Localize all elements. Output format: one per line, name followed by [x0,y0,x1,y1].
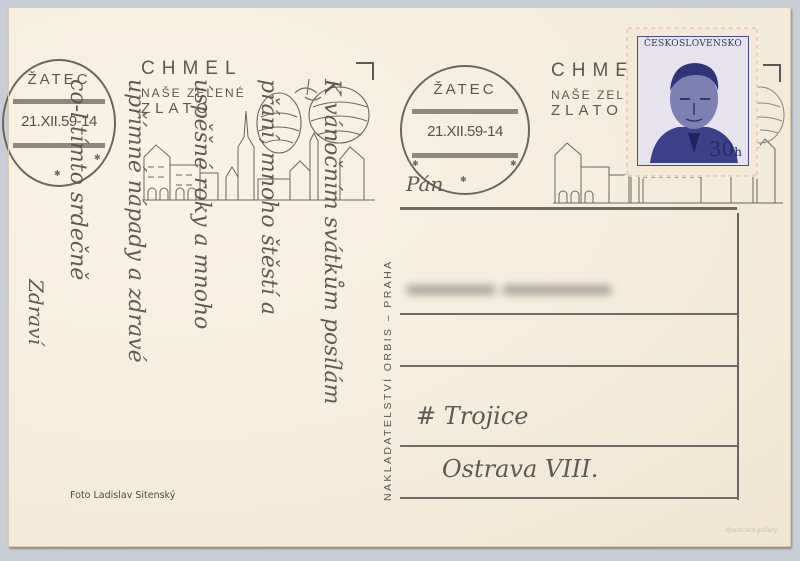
address-line [400,313,737,315]
address-street: # Trojice [416,402,528,430]
address-line [400,207,737,210]
postmark-town: ŽATEC [402,81,528,98]
message-line: úspěšné roky a mnoho [189,79,214,329]
message-line: co-l tímto srdečně [65,79,90,280]
address-name-redacted [406,271,636,311]
postmark-bar [412,153,518,158]
postmark-bar [412,109,518,114]
postmark-bar [13,143,105,148]
signature: Zdraví [24,279,48,345]
postage-stamp: ČESKOSLOVENSKO 30h [628,29,756,175]
postcard: ŽATEC 21.XII.59-14 ✱ ✱ CHMEL NAŠE ZELENÉ… [8,7,791,547]
publisher-imprint: NAKLADATELSTVÍ ORBIS – PRAHA [382,260,394,501]
stamp-country: ČESKOSLOVENSKO [638,39,748,49]
postmark-left: ŽATEC 21.XII.59-14 ✱ ✱ [2,59,116,187]
postmark-bar [13,99,105,104]
star-icon: ✱ [54,169,61,178]
postmark-date: 21.XII.59-14 [4,113,114,130]
message-line: upřímné nápady a zdravé [123,79,148,363]
message-line: K vánočním svátkům posílám [319,79,344,404]
watermark: Ifpostcard.gallery [725,527,778,534]
photo-credit: Foto Ladislav Sitenský [70,490,175,501]
address-city: Ostrava VIII. [442,455,598,483]
postmark-date: 21.XII.59-14 [402,123,528,140]
address-salutation: Pán [406,172,443,196]
address-line [400,497,737,499]
message-line: přání, mnoho štěstí a [256,79,281,315]
address-line [400,445,737,447]
star-icon: ✱ [412,159,419,168]
star-icon: ✱ [94,153,101,162]
star-icon: ✱ [460,175,467,184]
postmark-town: ŽATEC [4,71,114,88]
stamp-frame: ČESKOSLOVENSKO 30h [637,36,749,166]
stamp-value: 30h [709,137,742,161]
address-line [400,365,737,367]
star-icon: ✱ [510,159,517,168]
slogan-title: CHMEL [141,58,243,80]
